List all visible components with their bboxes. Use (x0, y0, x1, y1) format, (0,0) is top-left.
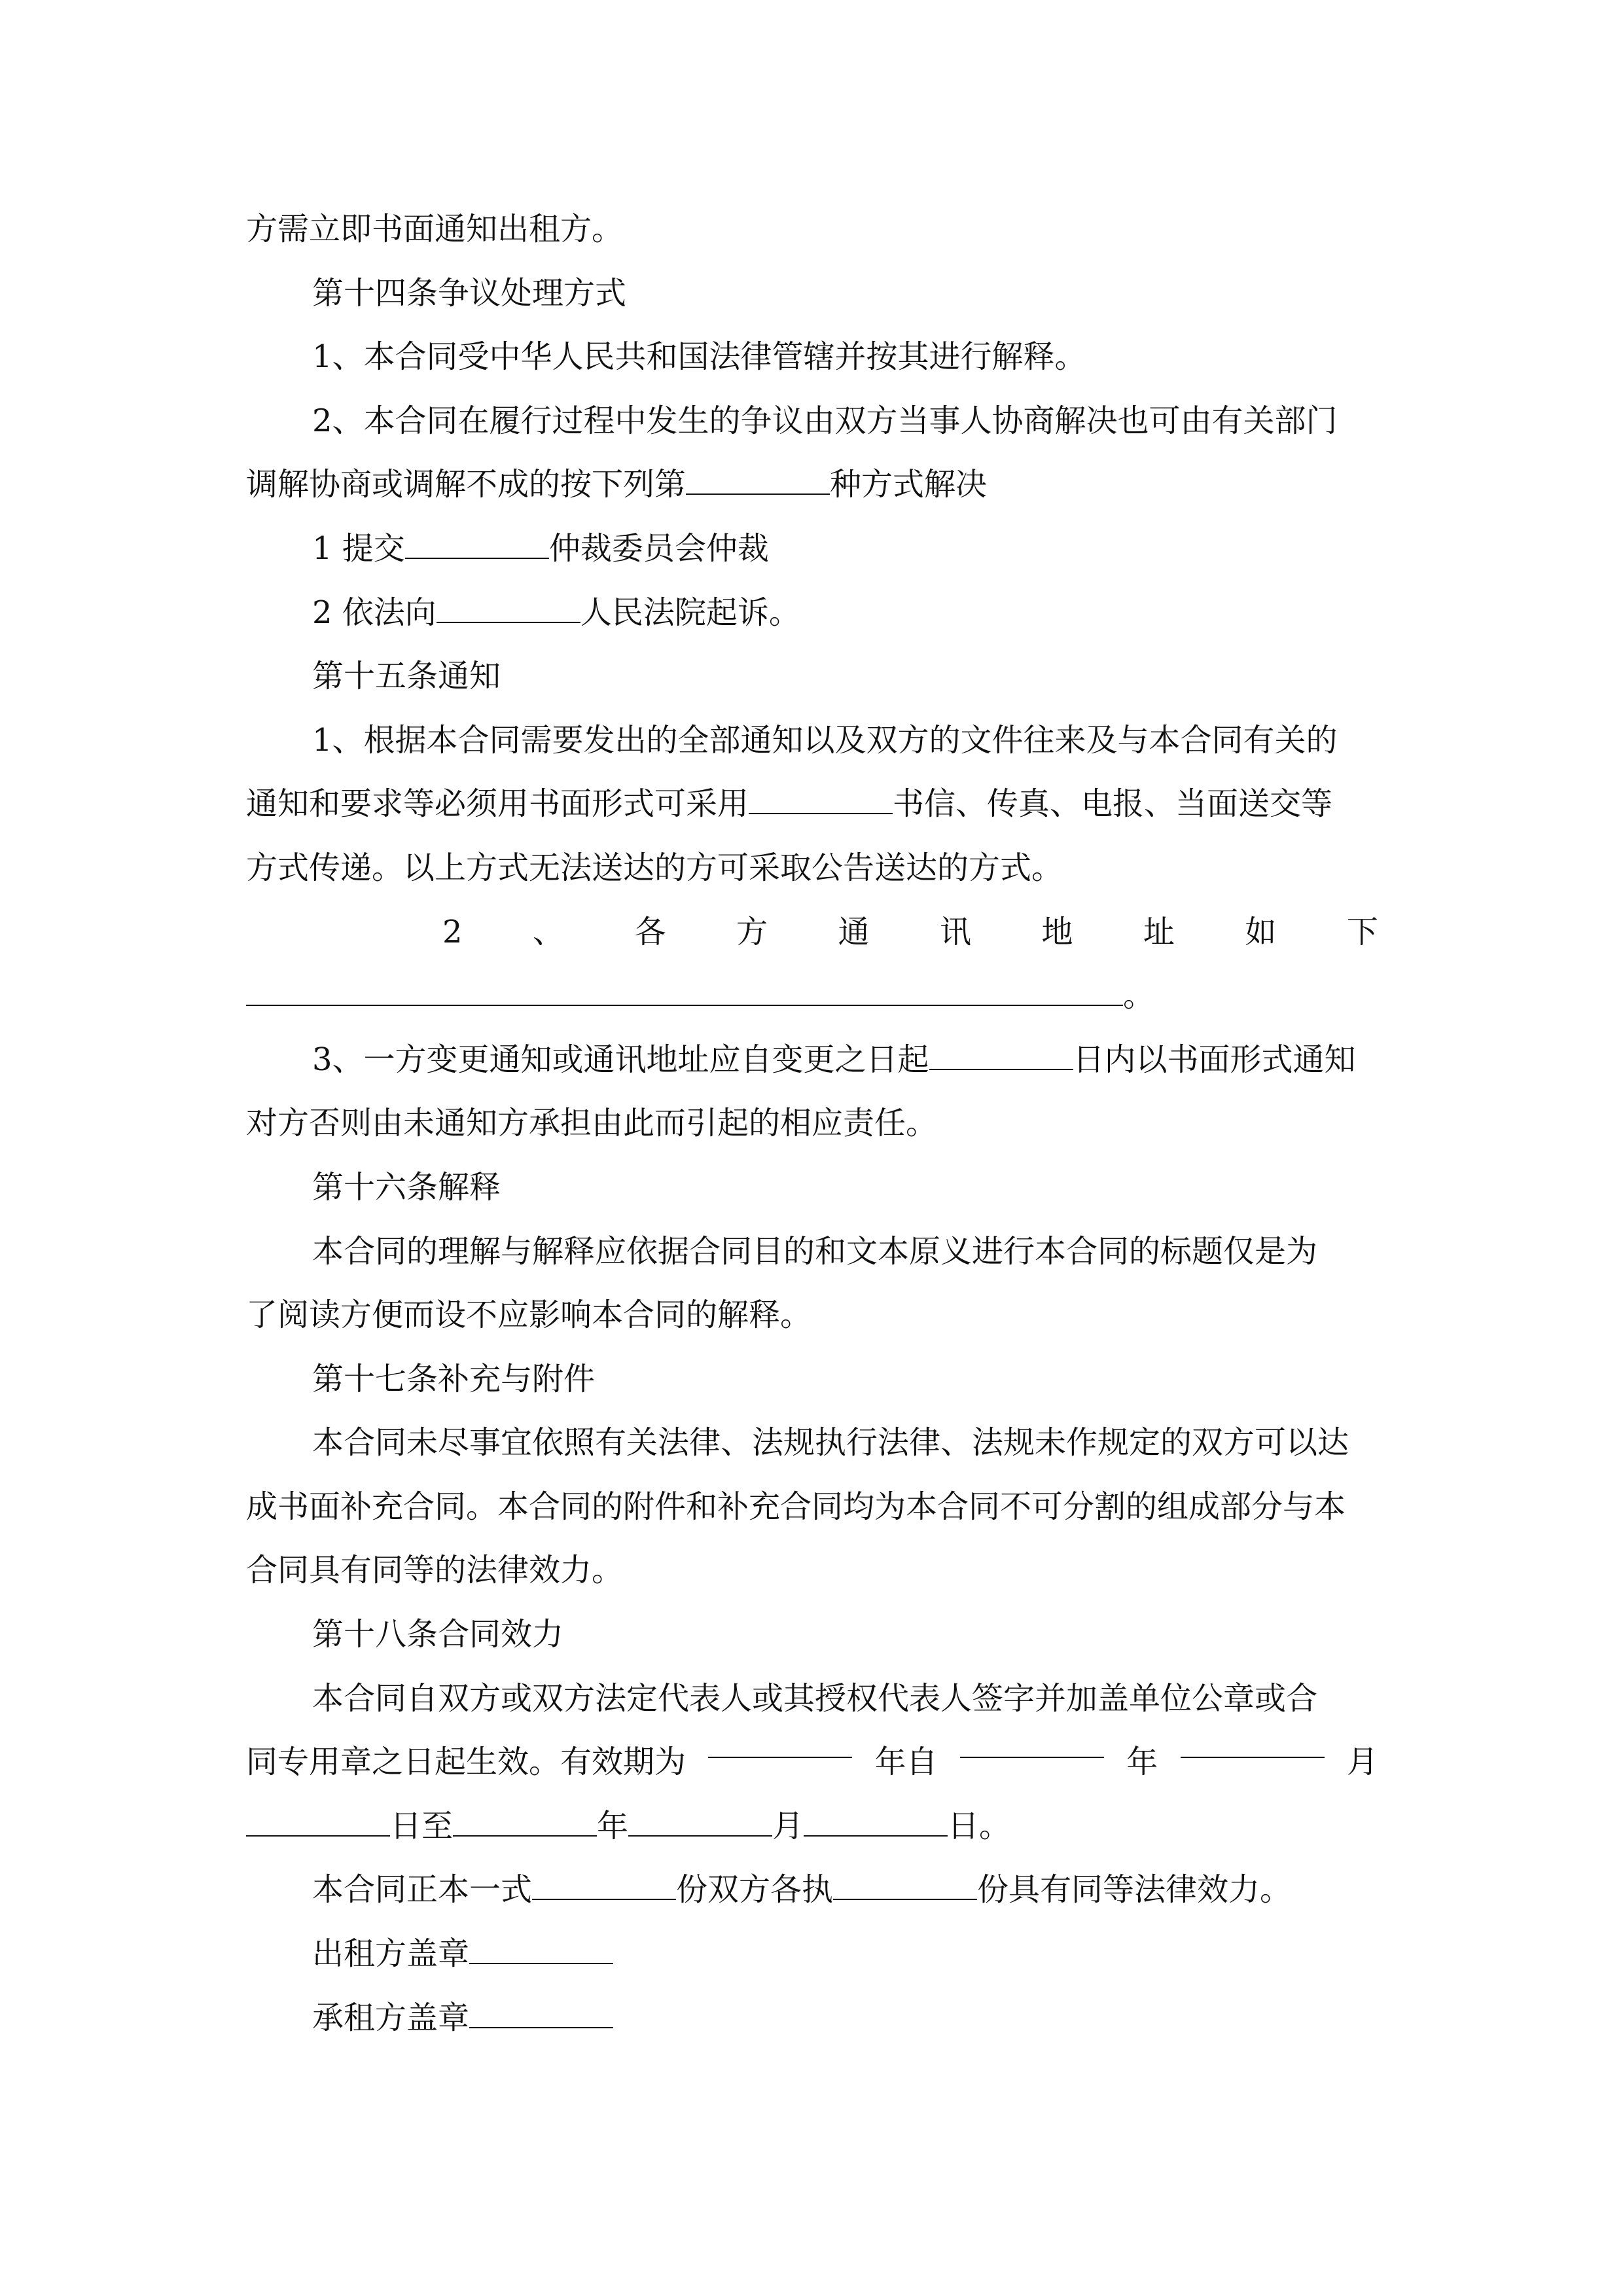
text: 下 (1347, 901, 1378, 965)
text: 日。 (948, 1808, 1010, 1844)
paragraph-line: 对方否则由未通知方承担由此而引起的相应责任。 (246, 1092, 1378, 1156)
paragraph-line: 本合同自双方或双方法定代表人或其授权代表人签字并加盖单位公章或合 (246, 1667, 1378, 1731)
blank-field (686, 467, 830, 495)
text: 通知和要求等必须用书面形式可采用 (246, 785, 749, 822)
blank-field (532, 1873, 676, 1900)
blank-field (929, 1043, 1073, 1070)
text: 日至 (390, 1808, 453, 1844)
lessor-seal-blank (469, 1937, 613, 1964)
paragraph-line: 成书面补充合同。本合同的附件和补充合同均为本合同不可分割的组成部分与本 (246, 1475, 1378, 1539)
text: 各 (635, 901, 666, 965)
blank-field (749, 787, 893, 814)
text: 、 (533, 901, 564, 965)
text: 份具有同等法律效力。 (977, 1871, 1291, 1908)
paragraph-line: 调解协商或调解不成的按下列第种方式解决 (246, 453, 1378, 517)
option-1: 1 提交仲裁委员会仲裁 (246, 517, 1378, 581)
text: 年自 (875, 1731, 938, 1795)
paragraph-line: 2、本合同在履行过程中发生的争议由双方当事人协商解决也可由有关部门 (246, 389, 1378, 454)
paragraph-line: 方式传递。以上方式无法送达的方可采取公告送达的方式。 (246, 836, 1378, 901)
text: 出租方盖章 (312, 1935, 469, 1972)
text: 通 (838, 901, 869, 965)
article-14-title: 第十四条争议处理方式 (246, 262, 1378, 326)
article-18-title: 第十八条合同效力 (246, 1603, 1378, 1667)
lessee-seal-blank (469, 2001, 613, 2028)
copies-line: 本合同正本一式份双方各执份具有同等法律效力。 (246, 1858, 1378, 1922)
blank-field (833, 1873, 977, 1900)
blank-field (708, 1731, 852, 1758)
text: 日内以书面形式通知 (1073, 1041, 1356, 1078)
paragraph-line: 1、根据本合同需要发出的全部通知以及双方的文件往来及与本合同有关的 (246, 709, 1378, 773)
text: 2 依法向 (312, 594, 437, 631)
text: 月 (772, 1808, 804, 1844)
text: 如 (1245, 901, 1276, 965)
text: 份双方各执 (676, 1871, 833, 1908)
text: 调解协商或调解不成的按下列第 (246, 466, 686, 503)
lessee-seal-line: 承租方盖章 (246, 1986, 1378, 2051)
text: 书信、传真、电报、当面送交等 (893, 785, 1332, 822)
text: 承租方盖章 (312, 2000, 469, 2036)
option-2: 2 依法向人民法院起诉。 (246, 581, 1378, 645)
validity-period-line: 同专用章之日起生效。有效期为 年自 年 月 (246, 1731, 1378, 1795)
paragraph-line: 1、本合同受中华人民共和国法律管辖并按其进行解释。 (246, 325, 1378, 389)
blank-field (405, 531, 549, 559)
article-16-title: 第十六条解释 (246, 1156, 1378, 1220)
paragraph-line: 合同具有同等的法律效力。 (246, 1539, 1378, 1603)
text: 3、一方变更通知或通讯地址应自变更之日起 (312, 1041, 929, 1078)
text: 种方式解决 (830, 466, 987, 503)
text: 2 (442, 901, 463, 965)
text: 方 (736, 901, 768, 965)
text: 仲裁委员会仲裁 (549, 530, 769, 567)
text: 人民法院起诉。 (580, 594, 800, 631)
address-blank-line: 。 (246, 964, 1378, 1028)
text: 地 (1041, 901, 1073, 965)
paragraph-line: 本合同未尽事宜依照有关法律、法规执行法律、法规未作规定的双方可以达 (246, 1411, 1378, 1475)
blank-field (804, 1809, 948, 1837)
text: 。 (1123, 977, 1154, 1014)
text: 1 提交 (312, 530, 405, 567)
lessor-seal-line: 出租方盖章 (246, 1922, 1378, 1986)
text: 讯 (940, 901, 971, 965)
paragraph-line: 了阅读方便而设不应影响本合同的解释。 (246, 1283, 1378, 1348)
address-line-heading: 2 、 各 方 通 讯 地 址 如 下 (246, 901, 1378, 965)
validity-date-line: 日至年月日。 (246, 1795, 1378, 1859)
text: 年 (597, 1808, 628, 1844)
paragraph-line: 方需立即书面通知出租方。 (246, 198, 1378, 262)
article-17-title: 第十七条补充与附件 (246, 1348, 1378, 1412)
text: 址 (1143, 901, 1175, 965)
blank-field (453, 1809, 597, 1837)
text: 年 (1126, 1731, 1158, 1795)
paragraph-line: 3、一方变更通知或通讯地址应自变更之日起日内以书面形式通知 (246, 1028, 1378, 1092)
contract-page: 方需立即书面通知出租方。 第十四条争议处理方式 1、本合同受中华人民共和国法律管… (246, 198, 1378, 2050)
blank-field (246, 978, 1123, 1006)
text: 本合同正本一式 (312, 1871, 532, 1908)
text: 月 (1347, 1731, 1378, 1795)
blank-field (246, 1809, 390, 1837)
paragraph-line: 本合同的理解与解释应依据合同目的和文本原义进行本合同的标题仅是为 (246, 1220, 1378, 1284)
text: 同专用章之日起生效。有效期为 (246, 1731, 686, 1795)
article-15-title: 第十五条通知 (246, 645, 1378, 709)
blank-field (437, 596, 580, 623)
paragraph-line: 通知和要求等必须用书面形式可采用书信、传真、电报、当面送交等 (246, 772, 1378, 836)
blank-field (960, 1731, 1104, 1758)
blank-field (628, 1809, 772, 1837)
blank-field (1181, 1731, 1325, 1758)
